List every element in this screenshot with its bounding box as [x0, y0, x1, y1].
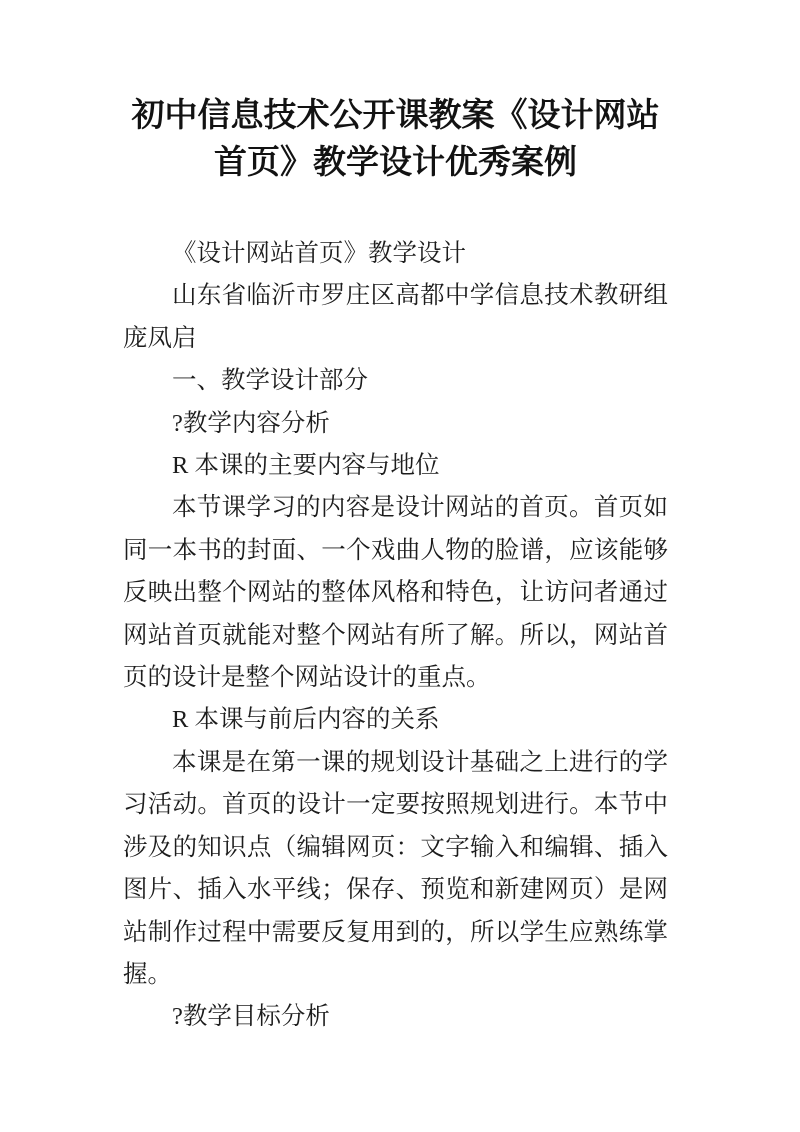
paragraph-main-content-heading: R 本课的主要内容与地位 [123, 445, 668, 487]
document-body: 《设计网站首页》教学设计 山东省临沂市罗庄区高都中学信息技术教研组庞凤启 一、教… [123, 233, 668, 1039]
paragraph-content-analysis-heading: ?教学内容分析 [123, 403, 668, 445]
paragraph-section-heading: 一、教学设计部分 [123, 360, 668, 402]
paragraph-goal-analysis-heading: ?教学目标分析 [123, 996, 668, 1038]
paragraph-author: 山东省临沂市罗庄区高都中学信息技术教研组庞凤启 [123, 275, 668, 360]
paragraph-relation-heading: R 本课与前后内容的关系 [123, 699, 668, 741]
document-title: 初中信息技术公开课教案《设计网站首页》教学设计优秀案例 [123, 91, 668, 185]
document-page: 初中信息技术公开课教案《设计网站首页》教学设计优秀案例 《设计网站首页》教学设计… [0, 0, 800, 1132]
paragraph-relation-body: 本课是在第一课的规划设计基础之上进行的学习活动。首页的设计一定要按照规划进行。本… [123, 742, 668, 996]
paragraph-main-content-body: 本节课学习的内容是设计网站的首页。首页如同一本书的封面、一个戏曲人物的脸谱，应该… [123, 487, 668, 699]
paragraph-subtitle: 《设计网站首页》教学设计 [123, 233, 668, 275]
